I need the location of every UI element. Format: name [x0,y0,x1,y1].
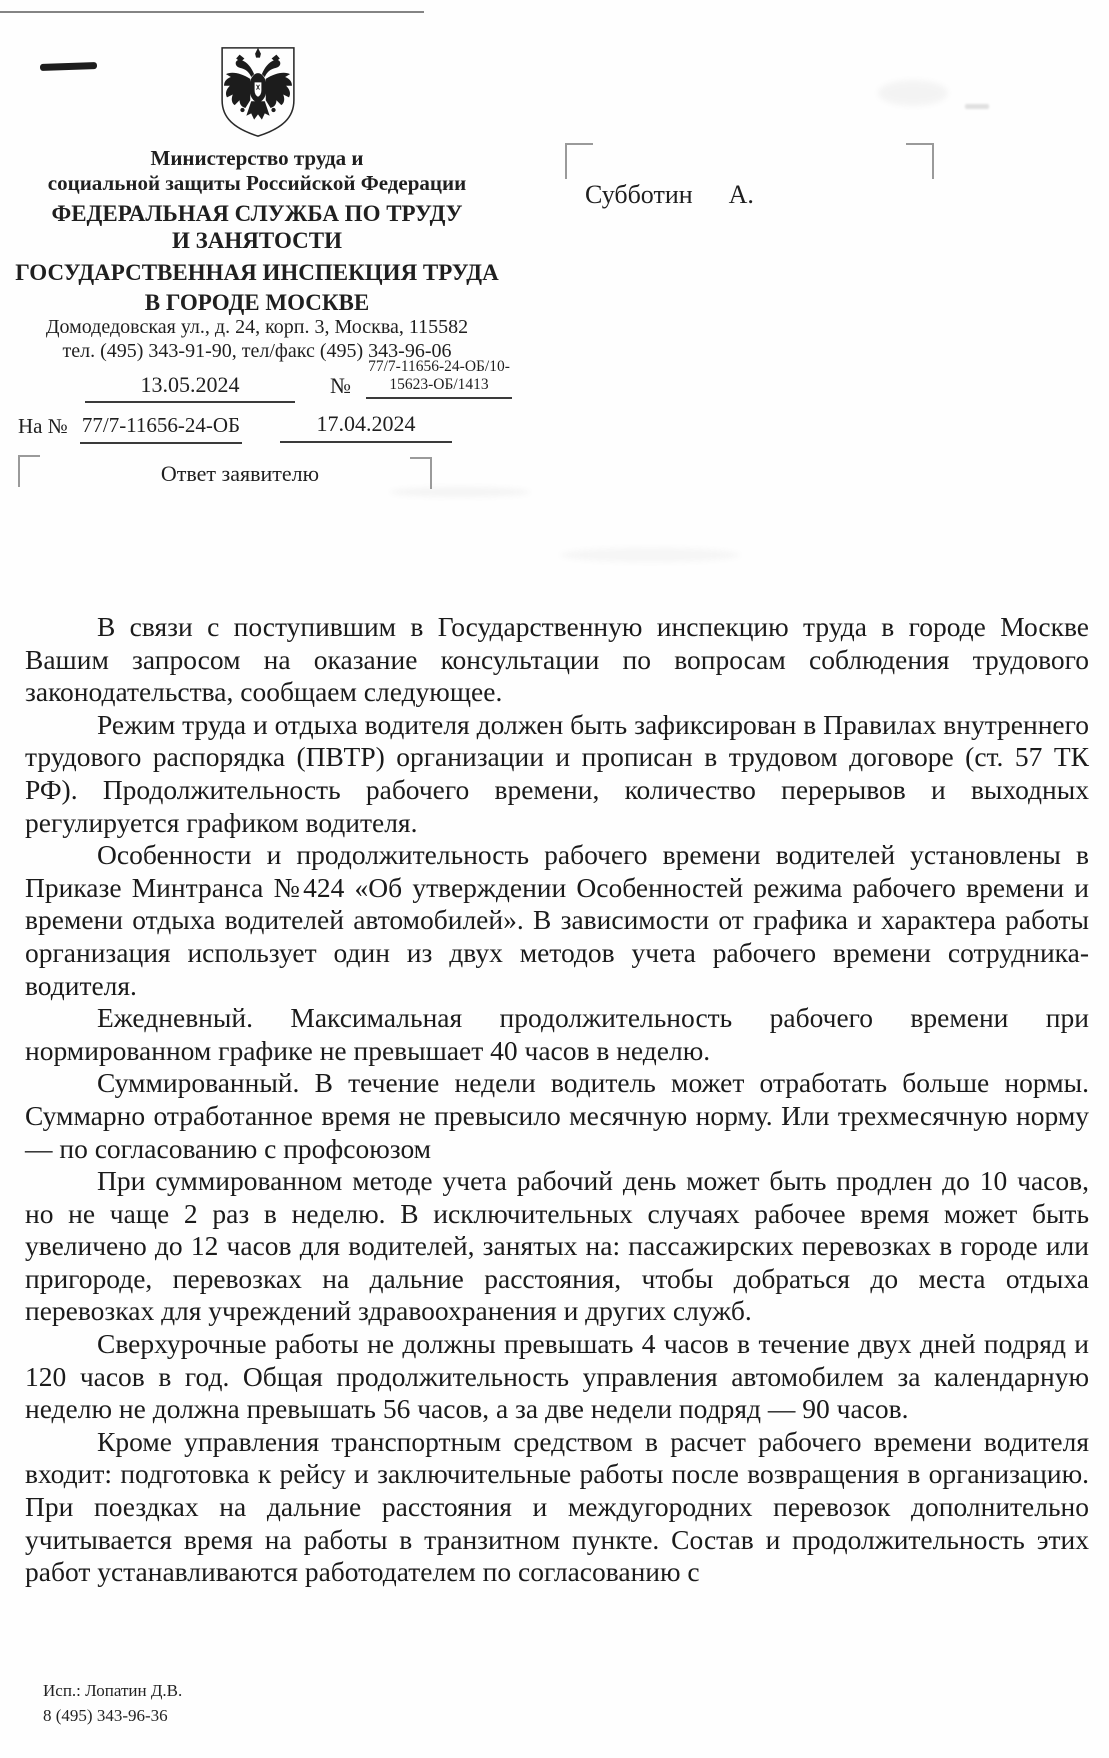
scan-artifact-dash [40,62,97,71]
addressee-initial: А. [729,180,754,209]
ministry-name-line1: Министерство труда и [14,146,500,171]
letter-date: 13.05.2024 [85,372,295,403]
body-paragraph-4: Ежедневный. Максимальная продолжительнос… [25,1002,1089,1067]
scan-smudge [560,548,740,562]
body-paragraph-8: Кроме управления транспортным средством … [25,1426,1089,1589]
body-paragraph-7: Сверхурочные работы не должны превышать … [25,1328,1089,1426]
letter-body: В связи с поступившим в Государственную … [25,611,1089,1589]
executor-block: Исп.: Лопатин Д.В. 8 (495) 343-96-36 [43,1678,182,1728]
outgoing-number-line2: 15623-ОБ/1413 [366,376,512,394]
addressee-crop-mark-right [906,143,934,179]
federal-service-name: ФЕДЕРАЛЬНАЯ СЛУЖБА ПО ТРУДУ И ЗАНЯТОСТИ [14,200,500,254]
body-paragraph-1: В связи с поступившим в Государственную … [25,611,1089,709]
ministry-name-line2: социальной защиты Российской Федерации [14,171,500,196]
body-paragraph-3: Особенности и продолжительность рабочего… [25,839,1089,1002]
body-paragraph-5: Суммированный. В течение недели водитель… [25,1067,1089,1165]
inspection-name-line1: ГОСУДАРСТВЕННАЯ ИНСПЕКЦИЯ ТРУДА [14,258,500,288]
executor-phone: 8 (495) 343-96-36 [43,1703,182,1728]
russian-coat-of-arms-icon [214,44,302,141]
outgoing-number: 77/7-11656-24-ОБ/10- 15623-ОБ/1413 [366,358,512,399]
ministry-name: Министерство труда и социальной защиты Р… [14,146,500,196]
subject-crop-mark-left [18,455,40,487]
scan-artifact-line [0,11,424,13]
incoming-number: 77/7-11656-24-ОБ [80,413,242,444]
inspection-name: ГОСУДАРСТВЕННАЯ ИНСПЕКЦИЯ ТРУДА В ГОРОДЕ… [14,258,500,318]
org-address: Домодедовская ул., д. 24, корп. 3, Москв… [14,316,500,339]
outgoing-number-line1: 77/7-11656-24-ОБ/10- [366,358,512,376]
body-paragraph-2: Режим труда и отдыха водителя должен быт… [25,709,1089,839]
subject-crop-mark-right [410,457,432,489]
reply-to-label: На № [18,414,68,439]
body-paragraph-6: При суммированном методе учета рабочий д… [25,1165,1089,1328]
incoming-date: 17.04.2024 [280,411,452,443]
addressee-name: Субботин [585,180,693,209]
scan-smudge [878,80,948,106]
addressee-crop-mark-left [565,143,593,179]
inspection-name-line2: В ГОРОДЕ МОСКВЕ [14,288,500,318]
federal-service-line1: ФЕДЕРАЛЬНАЯ СЛУЖБА ПО ТРУДУ [14,200,500,227]
addressee: СубботинА. [585,180,754,210]
executor-name: Исп.: Лопатин Д.В. [43,1678,182,1703]
scan-smudge [965,104,989,109]
number-sign: № [330,373,351,399]
subject-line: Ответ заявителю [122,461,358,487]
scanned-letter-page: Министерство труда и социальной защиты Р… [0,0,1109,1758]
federal-service-line2: И ЗАНЯТОСТИ [14,227,500,254]
